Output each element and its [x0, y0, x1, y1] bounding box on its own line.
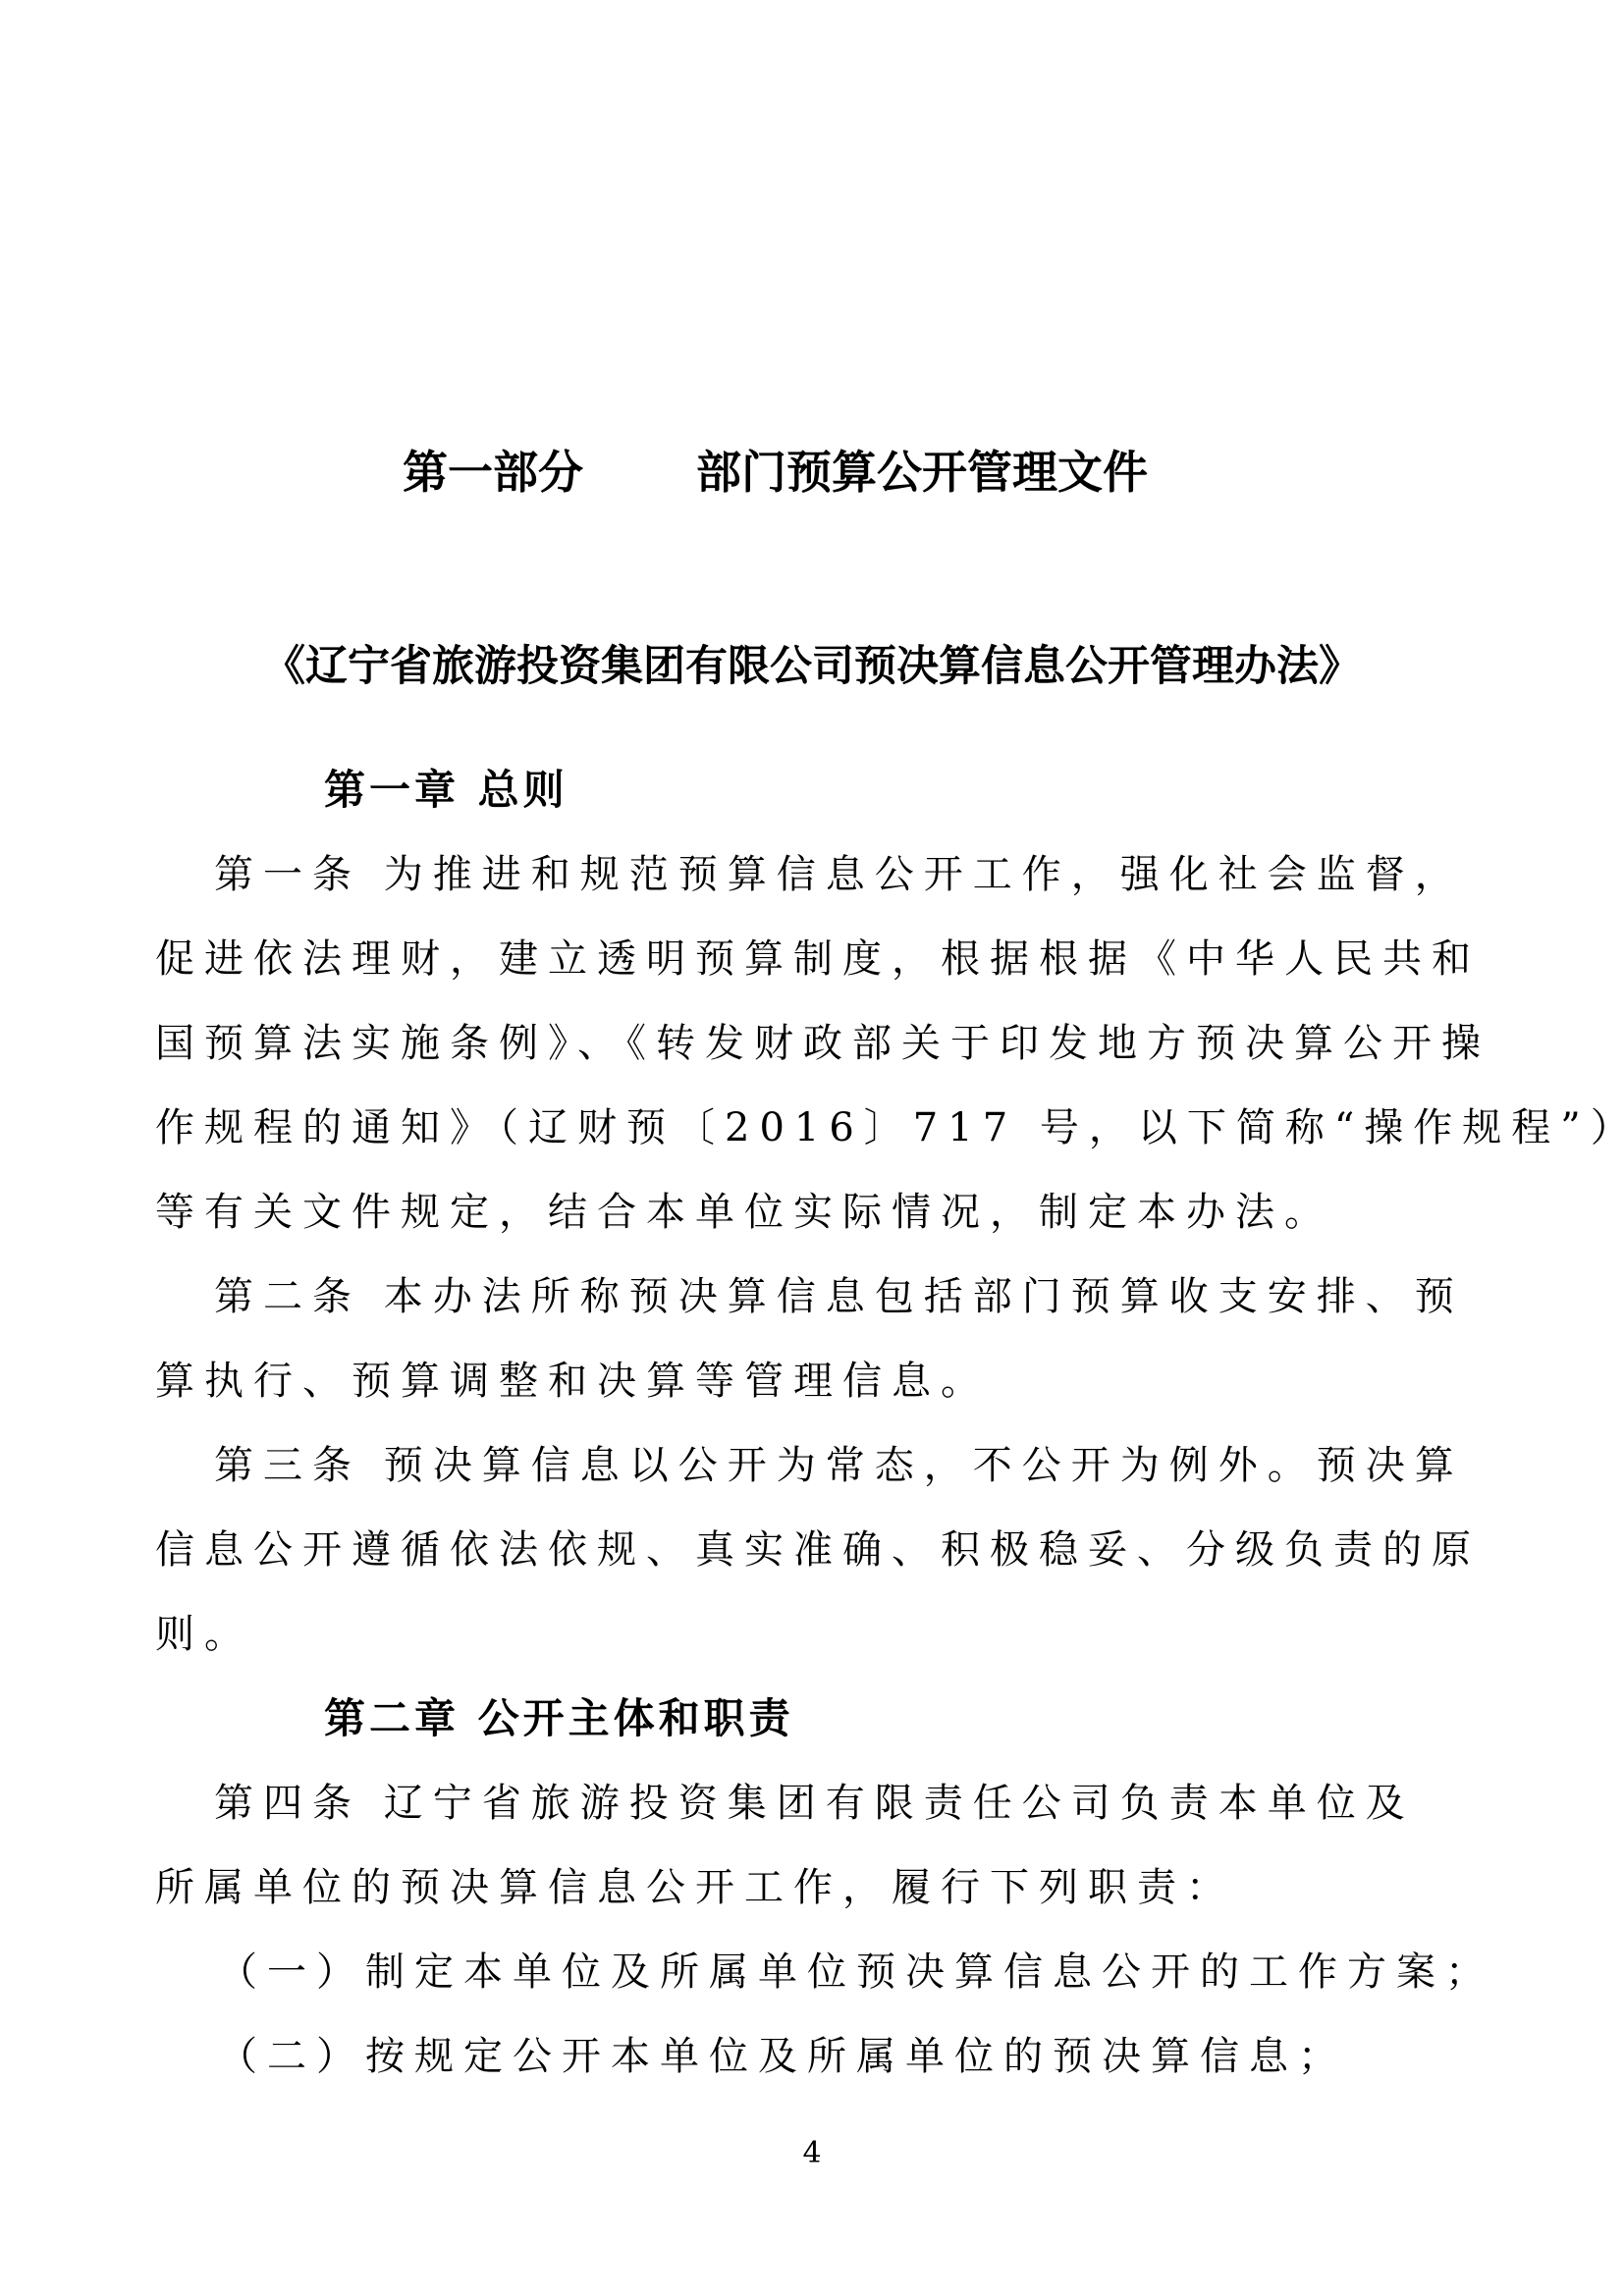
- text-line: 等有关文件规定，结合本单位实际情况，制定本办法。: [155, 1170, 1487, 1255]
- text-line: 第二条 本办法所称预决算信息包括部门预算收支安排、预: [155, 1255, 1487, 1339]
- text-line: 则。: [155, 1592, 1487, 1677]
- chapter-heading: 第一章 总则: [155, 748, 1487, 832]
- part-title-label: 第一部分: [403, 446, 583, 499]
- document-page: 第一部分部门预算公开管理文件 《辽宁省旅游投资集团有限公司预决算信息公开管理办法…: [0, 0, 1624, 2296]
- text-line: 第四条 辽宁省旅游投资集团有限责任公司负责本单位及: [155, 1761, 1487, 1845]
- text-line: （一）制定本单位及所属单位预决算信息公开的工作方案；: [155, 1930, 1487, 2014]
- text-line: 第三条 预决算信息以公开为常态，不公开为例外。预决算: [155, 1423, 1487, 1508]
- document-title: 《辽宁省旅游投资集团有限公司预决算信息公开管理办法》: [0, 638, 1624, 695]
- chapter-heading: 第二章 公开主体和职责: [155, 1677, 1487, 1761]
- text-line: （二）按规定公开本单位及所属单位的预决算信息；: [155, 2014, 1487, 2099]
- text-line: 第一条 为推进和规范预算信息公开工作，强化社会监督，: [155, 832, 1487, 917]
- text-line: 算执行、预算调整和决算等管理信息。: [155, 1339, 1487, 1423]
- part-title-text: 部门预算公开管理文件: [696, 446, 1148, 499]
- text-line: 促进依法理财，建立透明预算制度，根据根据《中华人民共和: [155, 917, 1487, 1001]
- part-title: 第一部分部门预算公开管理文件: [403, 442, 1624, 503]
- page-number: 4: [0, 2136, 1624, 2170]
- text-line: 信息公开遵循依法依规、真实准确、积极稳妥、分级负责的原: [155, 1508, 1487, 1592]
- document-body: 第一章 总则第一条 为推进和规范预算信息公开工作，强化社会监督，促进依法理财，建…: [155, 748, 1487, 2099]
- text-line: 作规程的通知》（辽财预〔2016〕717 号，以下简称“操作规程”）: [155, 1086, 1487, 1170]
- text-line: 国预算法实施条例》、《转发财政部关于印发地方预决算公开操: [155, 1001, 1487, 1086]
- text-line: 所属单位的预决算信息公开工作，履行下列职责：: [155, 1845, 1487, 1930]
